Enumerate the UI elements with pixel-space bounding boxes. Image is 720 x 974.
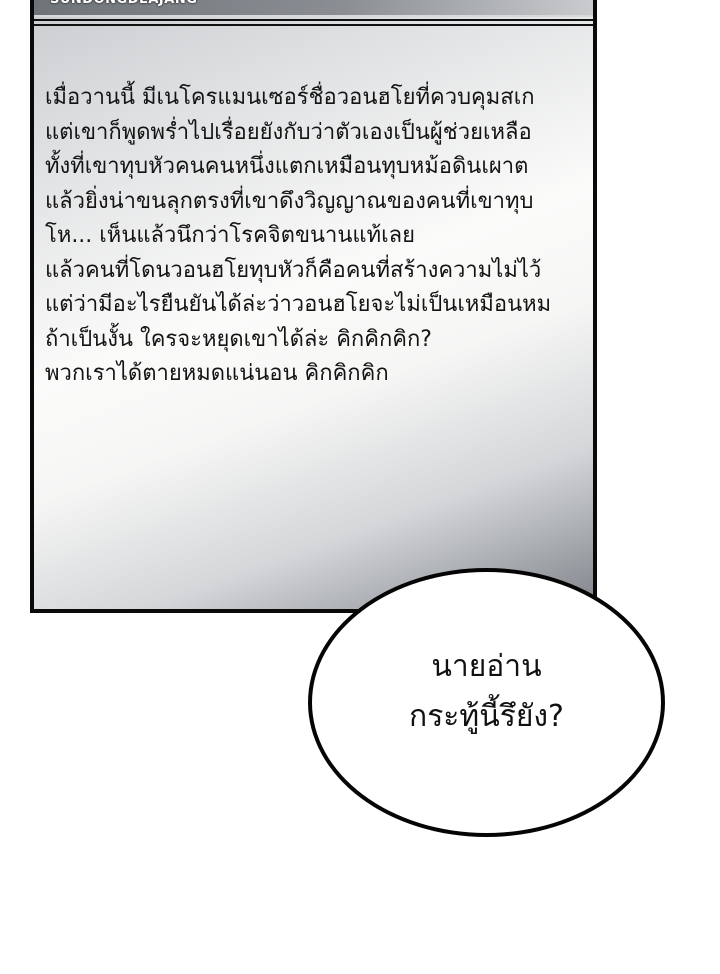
speech-bubble: นายอ่าน กระทู้นี้รึยัง? (308, 568, 665, 837)
post-line: พวกเราได้ตายหมดแน่นอน คิกคิกคิก (45, 357, 597, 392)
speech-line: นายอ่าน (312, 642, 661, 692)
speech-bubble-text: นายอ่าน กระทู้นี้รึยัง? (312, 642, 661, 742)
post-line: แต่เขาก็พูดพร่ำไปเรื่อยยังกับว่าตัวเองเป… (45, 116, 597, 151)
post-line: แล้วยิ่งน่าขนลุกตรงที่เขาดึงวิญญาณของคนท… (45, 185, 597, 220)
post-line: เมื่อวานนี้ มีเนโครแมนเซอร์ชื่อวอนฮโยที่… (45, 81, 597, 116)
forum-post-panel: SUNDONGDEAJANG เมื่อวานนี้ มีเนโครแมนเซอ… (30, 0, 597, 613)
post-line: โห... เห็นแล้วนึกว่าโรคจิตขนานแท้เลย (45, 219, 597, 254)
speech-line: กระทู้นี้รึยัง? (312, 692, 661, 742)
post-line: ทั้งที่เขาทุบหัวคนคนหนึ่งแตกเหมือนทุบหม้… (45, 150, 597, 185)
panel-header-bar: SUNDONGDEAJANG (34, 0, 593, 17)
forum-post-text: เมื่อวานนี้ มีเนโครแมนเซอร์ชื่อวอนฮโยที่… (45, 81, 597, 392)
post-line: แล้วคนที่โดนวอนฮโยทุบหัวก็คือคนที่สร้างค… (45, 254, 597, 289)
header-divider-line-second (34, 24, 593, 26)
post-line: แต่ว่ามีอะไรยืนยันได้ล่ะว่าวอนฮโยจะไม่เป… (45, 288, 597, 323)
panel-header-title: SUNDONGDEAJANG (50, 0, 197, 7)
header-divider-line (34, 19, 593, 21)
post-line: ถ้าเป็นงั้น ใครจะหยุดเขาได้ล่ะ คิกคิกคิก… (45, 323, 597, 358)
